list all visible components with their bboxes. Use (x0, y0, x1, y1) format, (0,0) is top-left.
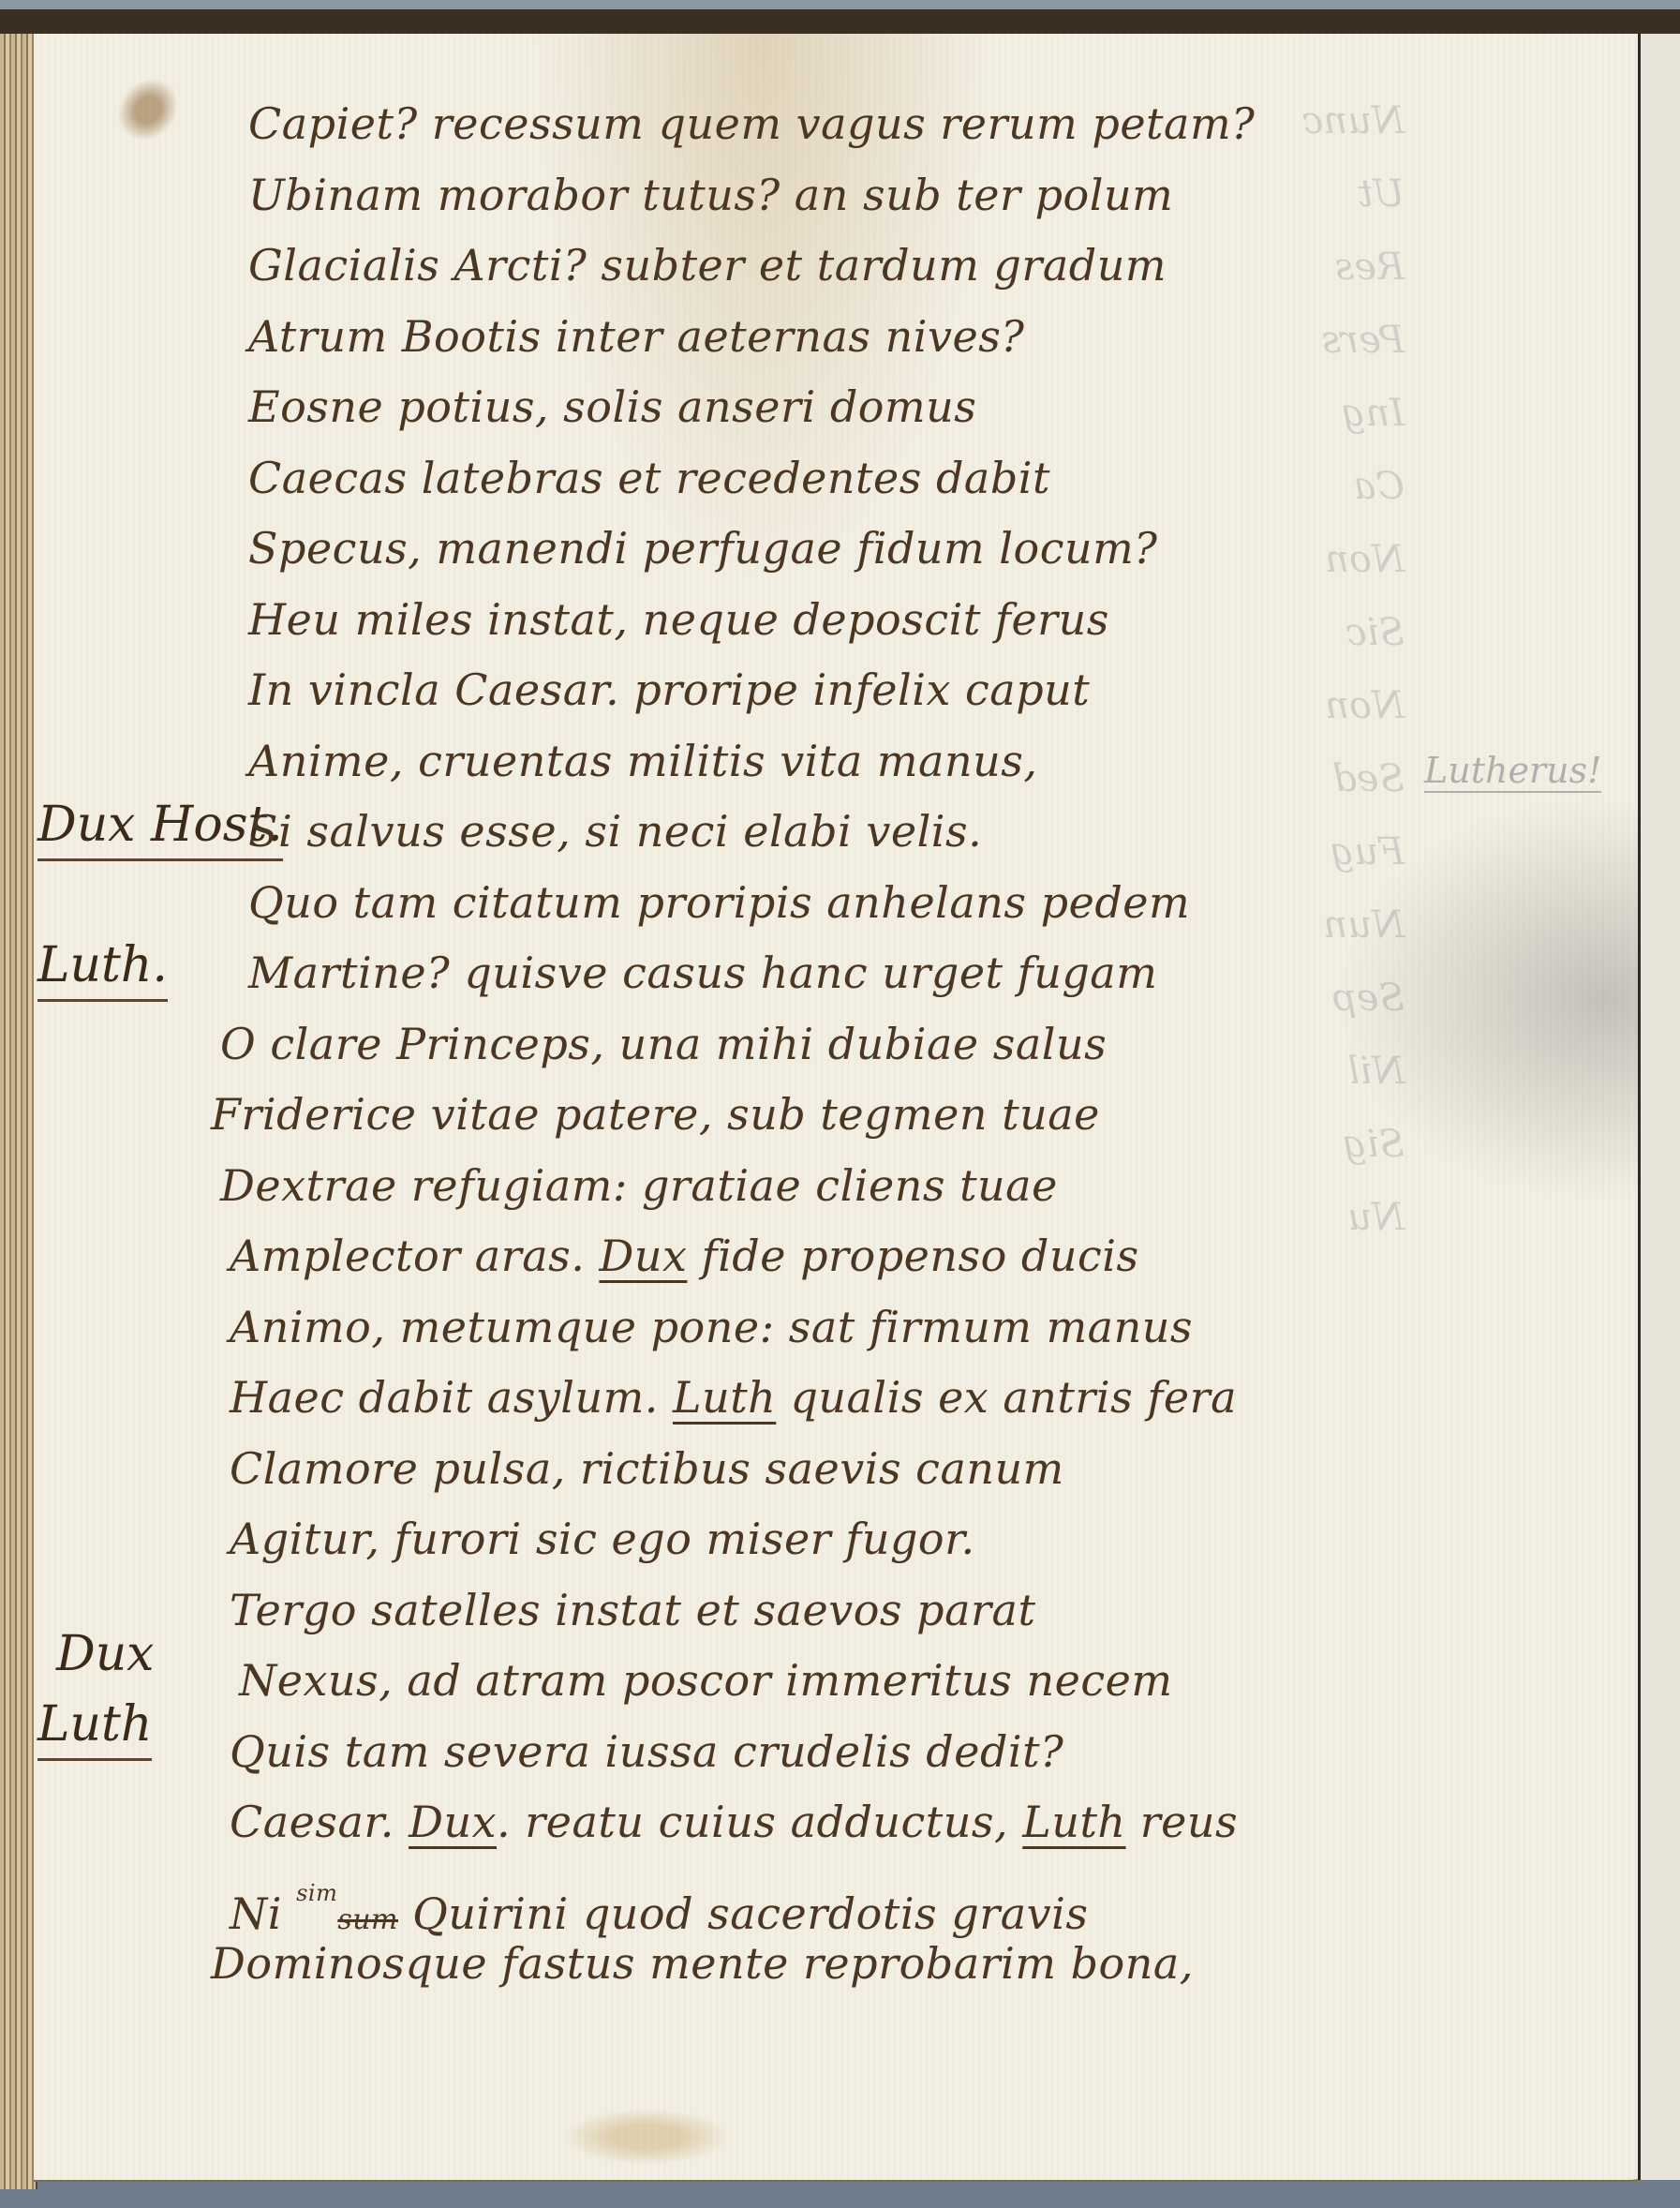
verse-line: Dextrae refugiam: gratiae cliens tuae (220, 1151, 1298, 1222)
margin-speaker-label: Luth (37, 1696, 152, 1761)
verse-line: Glacialis Arcti? subter et tardum gradum (248, 231, 1298, 302)
speaker-cue: Luth (673, 1372, 776, 1423)
verse-line: Friderice vitae patere, sub tegmen tuae (211, 1080, 1298, 1151)
verse-line: Animo, metumque pone: sat firmum manus (230, 1292, 1298, 1364)
margin-speaker-label: Luth. (37, 937, 168, 1002)
verse-line: O clare Princeps, una mihi dubiae salus (220, 1009, 1298, 1081)
verse-lines: Capiet? recessum quem vagus rerum petam?… (248, 89, 1298, 2000)
next-page-edge (1638, 34, 1680, 2180)
book-spine (0, 34, 37, 2189)
verse-text: . reatu cuius adductus, (497, 1797, 1008, 1847)
margin-speaker-label: Dux (56, 1626, 155, 1688)
verse-line: Quis tam severa iussa crudelis dedit? (230, 1717, 1298, 1788)
verse-line: Ni simsum Quirini quod sacerdotis gravis (230, 1858, 1298, 1930)
verse-line: Heu miles instat, neque deposcit ferus (248, 585, 1298, 656)
verse-line: Eosne potius, solis anseri domus (248, 372, 1298, 443)
water-stain (562, 2109, 731, 2165)
right-margin-note: Lutherus! (1424, 750, 1601, 793)
verse-line: Caesar. Dux. reatu cuius adductus, Luth … (230, 1787, 1298, 1858)
verse-text: Caesar. (230, 1797, 394, 1847)
verse-line: Nexus, ad atram poscor immeritus necem (239, 1646, 1298, 1717)
verse-line: Amplector aras. Dux fide propenso ducis (230, 1221, 1298, 1292)
verse-line: Caecas latebras et recedentes dabit (248, 443, 1298, 515)
speaker-cue: Dux (599, 1231, 687, 1281)
verse-line: Dominosque fastus mente reprobarim bona, (211, 1929, 1298, 2000)
book-board-top (0, 0, 1680, 37)
verse-line: Capiet? recessum quem vagus rerum petam? (248, 89, 1298, 160)
verse-line: Tergo satelles instat et saevos parat (230, 1575, 1298, 1647)
verse-line: Ubinam morabor tutus? an sub ter polum (248, 160, 1298, 231)
speaker-cue: Luth (1022, 1797, 1125, 1847)
verse-text: reus (1140, 1797, 1238, 1847)
verse-line: Haec dabit asylum. Luth qualis ex antris… (230, 1363, 1298, 1434)
verse-line: Atrum Bootis inter aeternas nives? (248, 302, 1298, 373)
interlinear-correction: sim (296, 1880, 337, 1906)
verse-line: Si salvus esse, si neci elabi velis. (248, 797, 1298, 868)
verse-line: Quo tam citatum proripis anhelans pedem (248, 868, 1298, 939)
verse-text: Amplector aras. (230, 1231, 585, 1281)
verse-text: qualis ex antris fera (790, 1372, 1237, 1423)
verse-line: Anime, cruentas militis vita manus, (248, 726, 1298, 798)
verse-line: Specus, manendi perfugae fidum locum? (248, 514, 1298, 585)
verse-line: In vincla Caesar. proripe infelix caput (248, 655, 1298, 726)
margin-speaker-label: Dux Host. (37, 797, 283, 861)
verse-line: Clamore pulsa, rictibus saevis canum (230, 1434, 1298, 1505)
verse-line: Agitur, furori sic ego miser fugor. (230, 1504, 1298, 1575)
speaker-cue: Dux (409, 1797, 497, 1847)
verse-text: Haec dabit asylum. (230, 1372, 659, 1423)
verse-line: Martine? quisve casus hanc urget fugam (248, 938, 1298, 1009)
bleed-through-text: NuncUtResPersIngCaNonSicNonSedFugNunSepN… (1302, 84, 1405, 1254)
verse-text: fide propenso ducis (702, 1231, 1139, 1281)
